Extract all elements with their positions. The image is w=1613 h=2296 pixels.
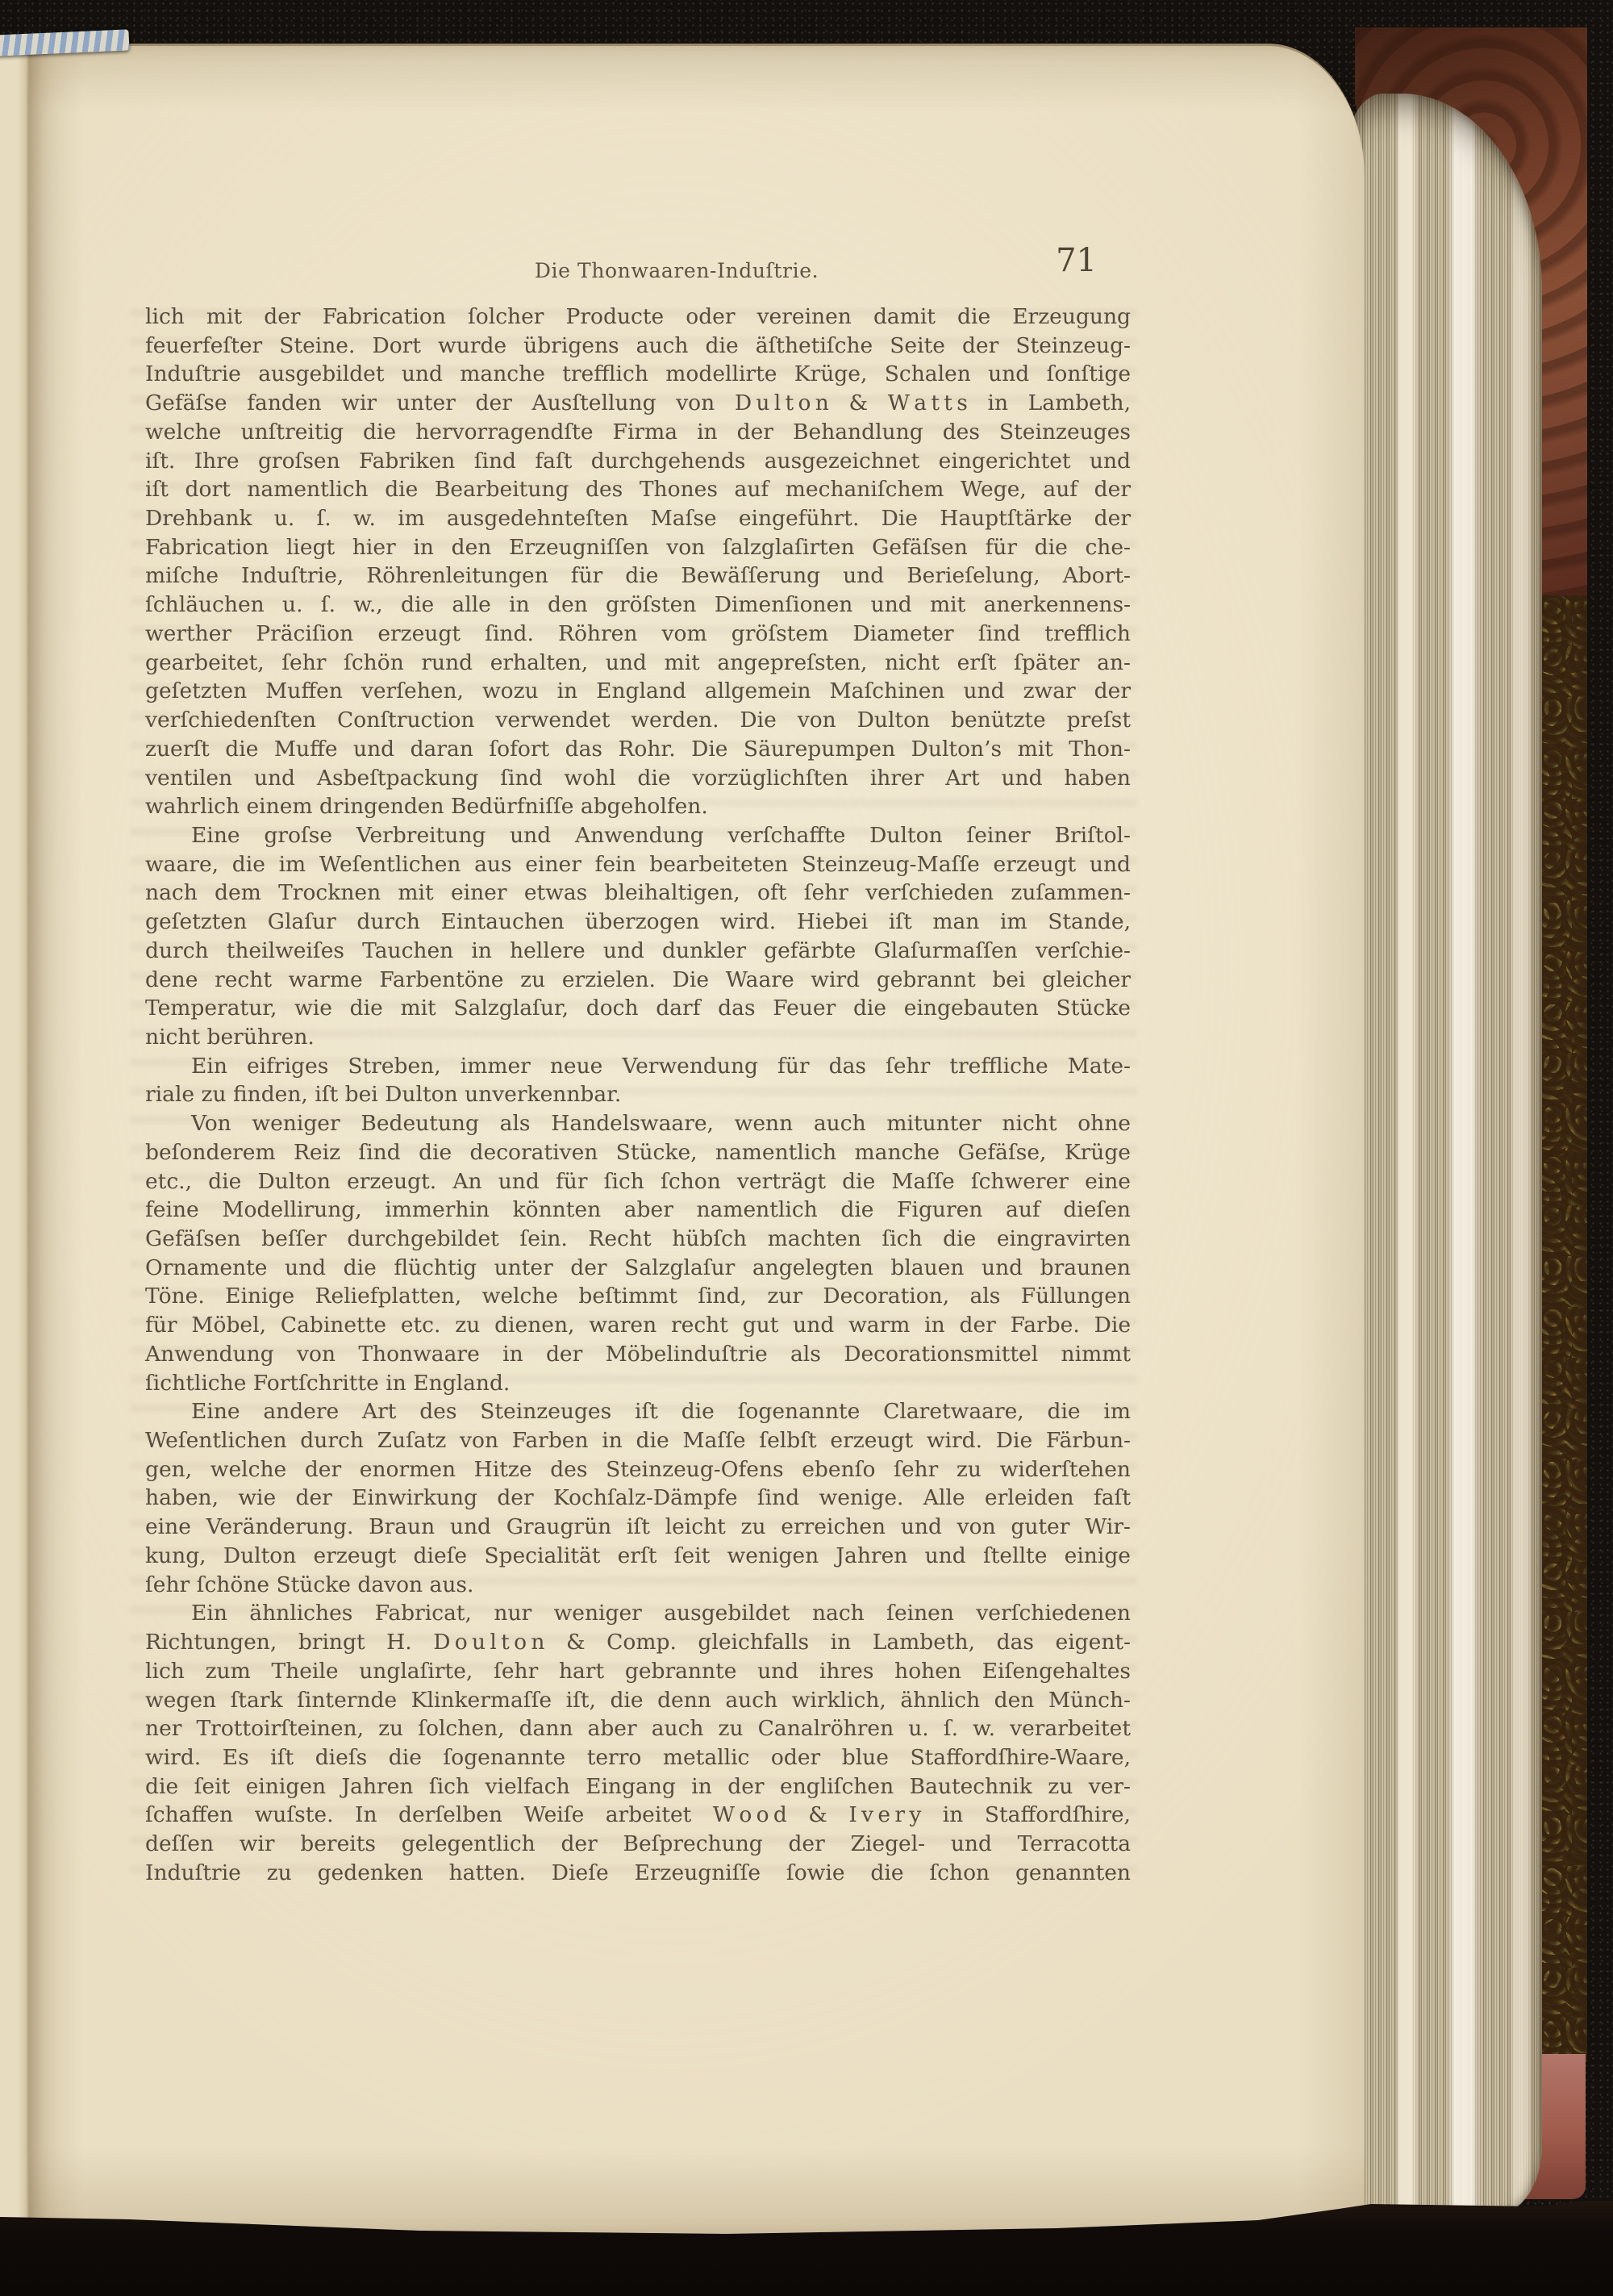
text-line: ventilen und Asbeſtpackung ſind wohl die…	[145, 764, 1131, 793]
scan-canvas: { "document": { "running_title": "Die Th…	[0, 0, 1613, 2296]
text-line: gearbeitet, ſehr ſchön rund erhalten, un…	[145, 649, 1131, 678]
text-line: eine Veränderung. Braun und Graugrün iſt…	[145, 1513, 1131, 1542]
text-line: iſt dort namentlich die Bearbeitung des …	[145, 475, 1131, 504]
text-line: Gefäſse fanden wir unter der Ausſtellung…	[145, 389, 1131, 418]
text-line: nicht berühren.	[145, 1023, 1131, 1052]
text-line: lich zum Theile unglaſirte, ſehr hart ge…	[145, 1657, 1131, 1686]
text-line: geſetzten Muffen verſehen, wozu in Engla…	[145, 677, 1131, 706]
text-line: Richtungen, bringt H. D o u l t o n & Co…	[145, 1628, 1131, 1657]
text-line: Fabrication liegt hier in den Erzeugniſſ…	[145, 533, 1131, 562]
text-line: Ein eifriges Streben, immer neue Verwend…	[145, 1052, 1131, 1081]
book-page: Die Thonwaaren-Induſtrie. 71 lich mit de…	[29, 44, 1365, 2234]
text-line: deſſen wir bereits gelegentlich der Beſp…	[145, 1830, 1131, 1859]
text-line: wahrlich einem dringenden Bedürfniſſe ab…	[145, 792, 1131, 821]
text-line: die ſeit einigen Jahren ſich vielfach Ei…	[145, 1772, 1131, 1801]
text-line: gen, welche der enormen Hitze des Steinz…	[145, 1455, 1131, 1484]
text-line: Weſentlichen durch Zuſatz von Farben in …	[145, 1426, 1131, 1455]
text-line: für Möbel, Cabinette etc. zu dienen, war…	[145, 1311, 1131, 1340]
text-line: haben, wie der Einwirkung der Kochſalz-D…	[145, 1484, 1131, 1513]
text-line: wird. Es iſt dieſs die ſogenannte terro …	[145, 1743, 1131, 1772]
text-line: riale zu finden, iſt bei Dulton unverken…	[145, 1080, 1131, 1109]
page-number: 71	[1008, 244, 1097, 277]
text-line: lich mit der Fabrication ſolcher Product…	[145, 303, 1131, 332]
text-line: verſchiedenſten Conſtruction verwendet w…	[145, 706, 1131, 735]
text-line: ner Trottoirſteinen, zu ſolchen, dann ab…	[145, 1714, 1131, 1743]
book-fore-edge-pages	[1347, 94, 1542, 2214]
text-line: iſt. Ihre groſsen Fabriken ſind faſt dur…	[145, 447, 1131, 476]
text-line: ſichtliche Fortſchritte in England.	[145, 1369, 1131, 1398]
text-line: geſetzten Glaſur durch Eintauchen überzo…	[145, 908, 1131, 937]
text-line: ſchaffen wuſste. In derſelben Weiſe arbe…	[145, 1801, 1131, 1830]
text-line: wegen ſtark ſinternde Klinkermaſſe iſt, …	[145, 1686, 1131, 1715]
previous-page-edge	[0, 39, 32, 2225]
text-line: Induſtrie zu gedenken hatten. Dieſe Erze…	[145, 1859, 1131, 1888]
text-line: welche unſtreitig die hervorragendſte Fi…	[145, 418, 1131, 447]
running-title: Die Thonwaaren-Induſtrie.	[145, 259, 1131, 282]
text-line: Induſtrie ausgebildet und manche treffli…	[145, 360, 1131, 389]
text-line: ſehr ſchöne Stücke davon aus.	[145, 1571, 1131, 1600]
text-line: zuerſt die Muffe und daran ſofort das Ro…	[145, 735, 1131, 764]
text-block: lich mit der Fabrication ſolcher Product…	[145, 303, 1131, 1888]
text-line: waare, die im Weſentlichen aus einer fei…	[145, 850, 1131, 879]
text-line: Töne. Einige Reliefplatten, welche beſti…	[145, 1282, 1131, 1311]
text-line: Von weniger Bedeutung als Handelswaare, …	[145, 1109, 1131, 1138]
text-line: miſche Induſtrie, Röhrenleitungen für di…	[145, 561, 1131, 591]
text-line: werther Präciſion erzeugt ſind. Röhren v…	[145, 620, 1131, 649]
text-line: Drehbank u. ſ. w. im ausgedehnteſten Maſ…	[145, 504, 1131, 533]
text-line: Temperatur, wie die mit Salzglaſur, doch…	[145, 994, 1131, 1023]
text-line: dene recht warme Farbentöne zu erzielen.…	[145, 966, 1131, 995]
text-line: Ornamente und die flüchtig unter der Sal…	[145, 1254, 1131, 1283]
text-line: Eine andere Art des Steinzeuges iſt die …	[145, 1397, 1131, 1426]
text-line: feine Modellirung, immerhin könnten aber…	[145, 1196, 1131, 1225]
text-line: nach dem Trocknen mit einer etwas bleiha…	[145, 879, 1131, 908]
text-line: ſchläuchen u. ſ. w., die alle in den grö…	[145, 591, 1131, 620]
text-line: Anwendung von Thonwaare in der Möbelindu…	[145, 1340, 1131, 1369]
text-line: kung, Dulton erzeugt dieſe Specialität e…	[145, 1542, 1131, 1571]
text-line: feuerfeſter Steine. Dort wurde übrigens …	[145, 332, 1131, 361]
text-line: beſonderem Reiz ſind die decorativen Stü…	[145, 1138, 1131, 1167]
text-line: Gefäſsen beſſer durchgebildet ſein. Rech…	[145, 1225, 1131, 1254]
text-line: durch theilweiſes Tauchen in hellere und…	[145, 937, 1131, 966]
text-line: Ein ähnliches Fabricat, nur weniger ausg…	[145, 1599, 1131, 1628]
text-line: Eine groſse Verbreitung und Anwendung ve…	[145, 821, 1131, 850]
text-line: etc., die Dulton erzeugt. An und für ſic…	[145, 1167, 1131, 1196]
